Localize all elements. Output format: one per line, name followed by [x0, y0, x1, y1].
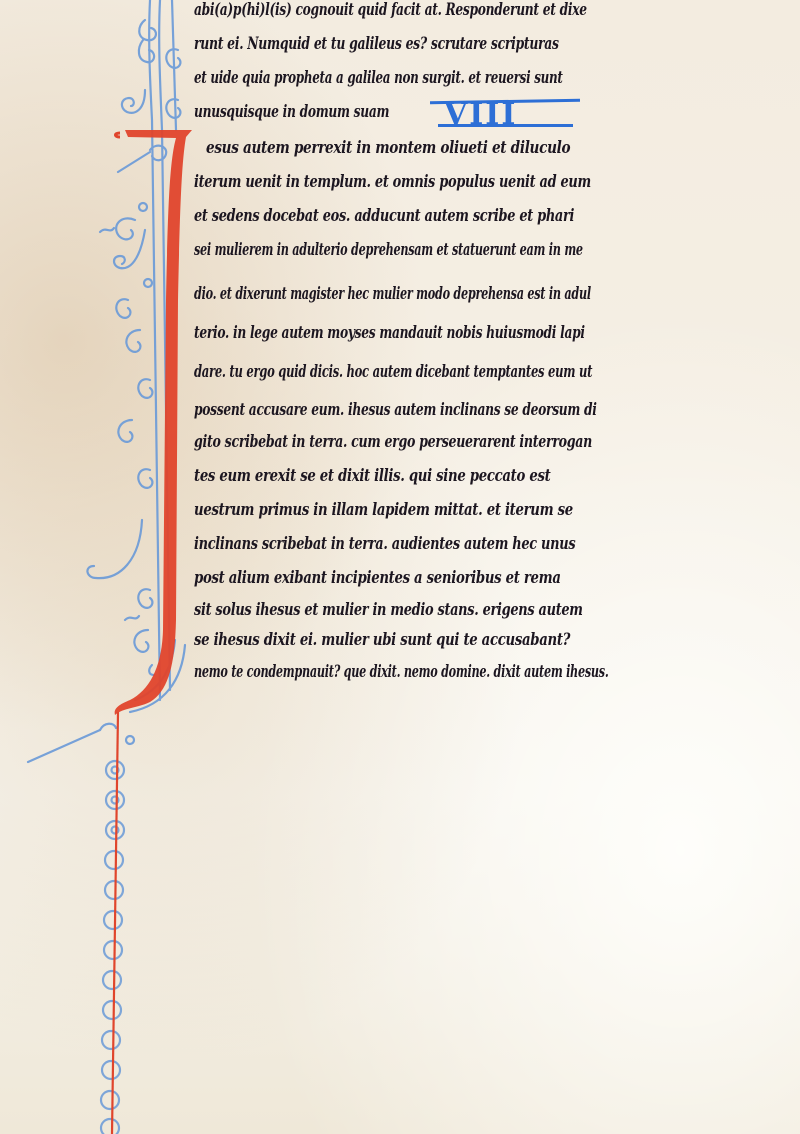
text-line: dio. et dixerunt magister hec mulier mod…	[194, 284, 591, 304]
text-line: dare. tu ergo quid dicis. hoc autem dice…	[194, 362, 592, 382]
text-line: tes eum erexit se et dixit illis. qui si…	[194, 466, 550, 486]
text-line: et sedens docebat eos. adducunt autem sc…	[194, 206, 574, 226]
chapter-rule-bottom	[438, 124, 573, 127]
text-line: gito scribebat in terra. cum ergo perseu…	[194, 432, 592, 452]
text-line: runt ei. Numquid et tu galileus es? scru…	[194, 34, 559, 54]
text-line: possent accusare eum. ihesus autem incli…	[194, 400, 597, 420]
text-line: nemo te condempnauit? que dixit. nemo do…	[194, 662, 608, 682]
manuscript-page: VIII abi(a)p(hi)l(is) cognouit quid faci…	[0, 0, 800, 1134]
text-line: unusquisque in domum suam	[194, 102, 389, 122]
text-line: uestrum primus in illam lapidem mittat. …	[194, 500, 573, 520]
text-line: post alium exibant incipientes a seniori…	[194, 568, 561, 588]
text-line: sei mulierem in adulterio deprehensam et…	[194, 240, 583, 260]
text-line: inclinans scribebat in terra. audientes …	[194, 534, 575, 554]
text-line: iterum uenit in templum. et omnis populu…	[194, 172, 591, 192]
initial-and-flourish-icon	[0, 0, 800, 1134]
text-line: esus autem perrexit in montem oliueti et…	[206, 138, 570, 158]
chapter-marker: VIII	[430, 97, 580, 129]
text-line: sit solus ihesus et mulier in medio stan…	[194, 600, 583, 620]
text-line: et uide quia propheta a galilea non surg…	[194, 68, 563, 88]
text-line: terio. in lege autem moyses mandauit nob…	[194, 323, 585, 343]
text-line: abi(a)p(hi)l(is) cognouit quid facit at.…	[194, 0, 587, 20]
text-line: se ihesus dixit ei. mulier ubi sunt qui …	[194, 630, 570, 650]
